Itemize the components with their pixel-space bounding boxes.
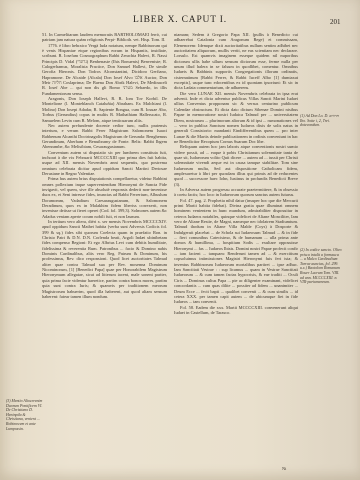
paragraph: Prima hus autem brius disputationis comp… xyxy=(42,176,167,219)
paragraph: In tertium vero altera, diéri x. ser men… xyxy=(42,219,167,299)
margin-note: (3) Mentio Aliocerenim Duorum Pontificem… xyxy=(6,399,44,431)
paragraph: niamam; Sedem à Gregorio Papa XII. (pull… xyxy=(174,32,298,91)
running-head: LIBER X. CAPUT I. xyxy=(0,15,360,25)
paragraph: Nec autem prefundente docente cedior tun… xyxy=(42,123,167,150)
margin-note: (1) Ad Don Lo. D. חרוזים Ibo. Sotte i, 2… xyxy=(300,114,342,128)
paragraph: 51. In Carmelitarum laudem memoratis BAR… xyxy=(42,32,167,43)
page-number: 201 xyxy=(330,18,341,26)
right-column: niamam; Sedem à Gregorio Papa XII. (pull… xyxy=(174,32,298,315)
catchword: Ni xyxy=(282,466,286,471)
paragraph: Reliquum autem hoc jam laboris atque con… xyxy=(174,144,298,187)
paragraph: Fol. 58. Eadem die xxx. Martii MCCCCXIII… xyxy=(174,305,298,316)
paragraph: In Adversa autem progressu accurate prae… xyxy=(174,187,298,198)
paragraph: Aragonis, Don Ioseph Hallevi, R. R. Iom … xyxy=(42,96,167,123)
paragraph: Conventum autem ut disputatio sic per lu… xyxy=(42,150,167,177)
paragraph: Die vero LUNAE XII. mensis Novembris cel… xyxy=(174,91,298,144)
paragraph: 1776. è libro hebraico Vergà Iuda notatu… xyxy=(42,43,167,96)
paragraph: Fol. 47. pag. 2. Prophetia nihil datur (… xyxy=(174,198,298,305)
left-column: 51. In Carmelitarum laudem memoratis BAR… xyxy=(42,32,167,299)
margin-note: (2) In codice sancto. Olivo prisca intul… xyxy=(300,248,342,285)
